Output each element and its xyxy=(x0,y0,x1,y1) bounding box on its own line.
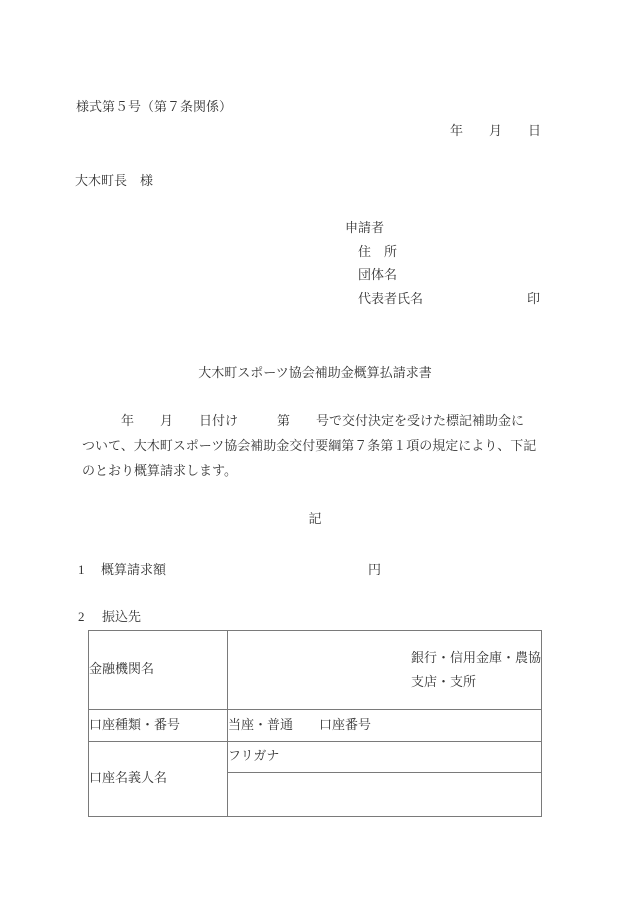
table-row: 口座名義人名 フリガナ xyxy=(89,741,542,772)
bank-options-line2: 支店・支所 xyxy=(411,674,476,689)
addressee: 大木町長 様 xyxy=(75,174,153,189)
account-type-label-cell: 口座種類・番号 xyxy=(89,709,228,741)
bank-name-value-cell: 銀行・信用金庫・農協支店・支所 xyxy=(228,631,542,710)
bank-name-label-cell: 金融機関名 xyxy=(89,631,228,710)
date-line: 年 月 日 xyxy=(450,124,541,139)
seal-mark: 印 xyxy=(527,292,540,307)
applicant-group-label: 団体名 xyxy=(358,268,397,283)
section-marker: 記 xyxy=(0,512,630,527)
bank-options-line1: 銀行・信用金庫・農協 xyxy=(411,650,541,665)
item1-unit: 円 xyxy=(368,563,381,578)
bank-options-block: 銀行・信用金庫・農協支店・支所 xyxy=(411,646,541,694)
item2-label: 振込先 xyxy=(102,610,141,625)
document-title: 大木町スポーツ協会補助金概算払請求書 xyxy=(0,366,630,381)
item1-label: 概算請求額 xyxy=(101,563,166,578)
table-row: 金融機関名 銀行・信用金庫・農協支店・支所 xyxy=(89,631,542,710)
account-type-value-cell: 当座・普通 口座番号 xyxy=(228,709,542,741)
transfer-details-table: 金融機関名 銀行・信用金庫・農協支店・支所 口座種類・番号 当座・普通 口座番号… xyxy=(88,630,542,817)
account-holder-value-cell xyxy=(228,772,542,816)
applicant-address-label: 住 所 xyxy=(358,245,397,260)
item2-number: 2 xyxy=(78,610,85,625)
applicant-heading: 申請者 xyxy=(345,221,384,236)
body-line-1: 年 月 日付け 第 号で交付決定を受けた標記補助金に xyxy=(82,414,524,429)
account-holder-label-cell: 口座名義人名 xyxy=(89,741,228,816)
applicant-representative-label: 代表者氏名 xyxy=(358,292,423,307)
body-line-3: のとおり概算請求します。 xyxy=(82,464,237,479)
body-line-2: ついて、大木町スポーツ協会補助金交付要綱第７条第１項の規定により、下記 xyxy=(82,439,536,454)
table-row: 口座種類・番号 当座・普通 口座番号 xyxy=(89,709,542,741)
furigana-label-cell: フリガナ xyxy=(228,741,542,772)
document-page: 様式第５号（第７条関係） 年 月 日 大木町長 様 申請者 住 所 団体名 代表… xyxy=(0,0,630,903)
item1-number: 1 xyxy=(78,563,85,578)
form-number: 様式第５号（第７条関係） xyxy=(76,100,232,115)
